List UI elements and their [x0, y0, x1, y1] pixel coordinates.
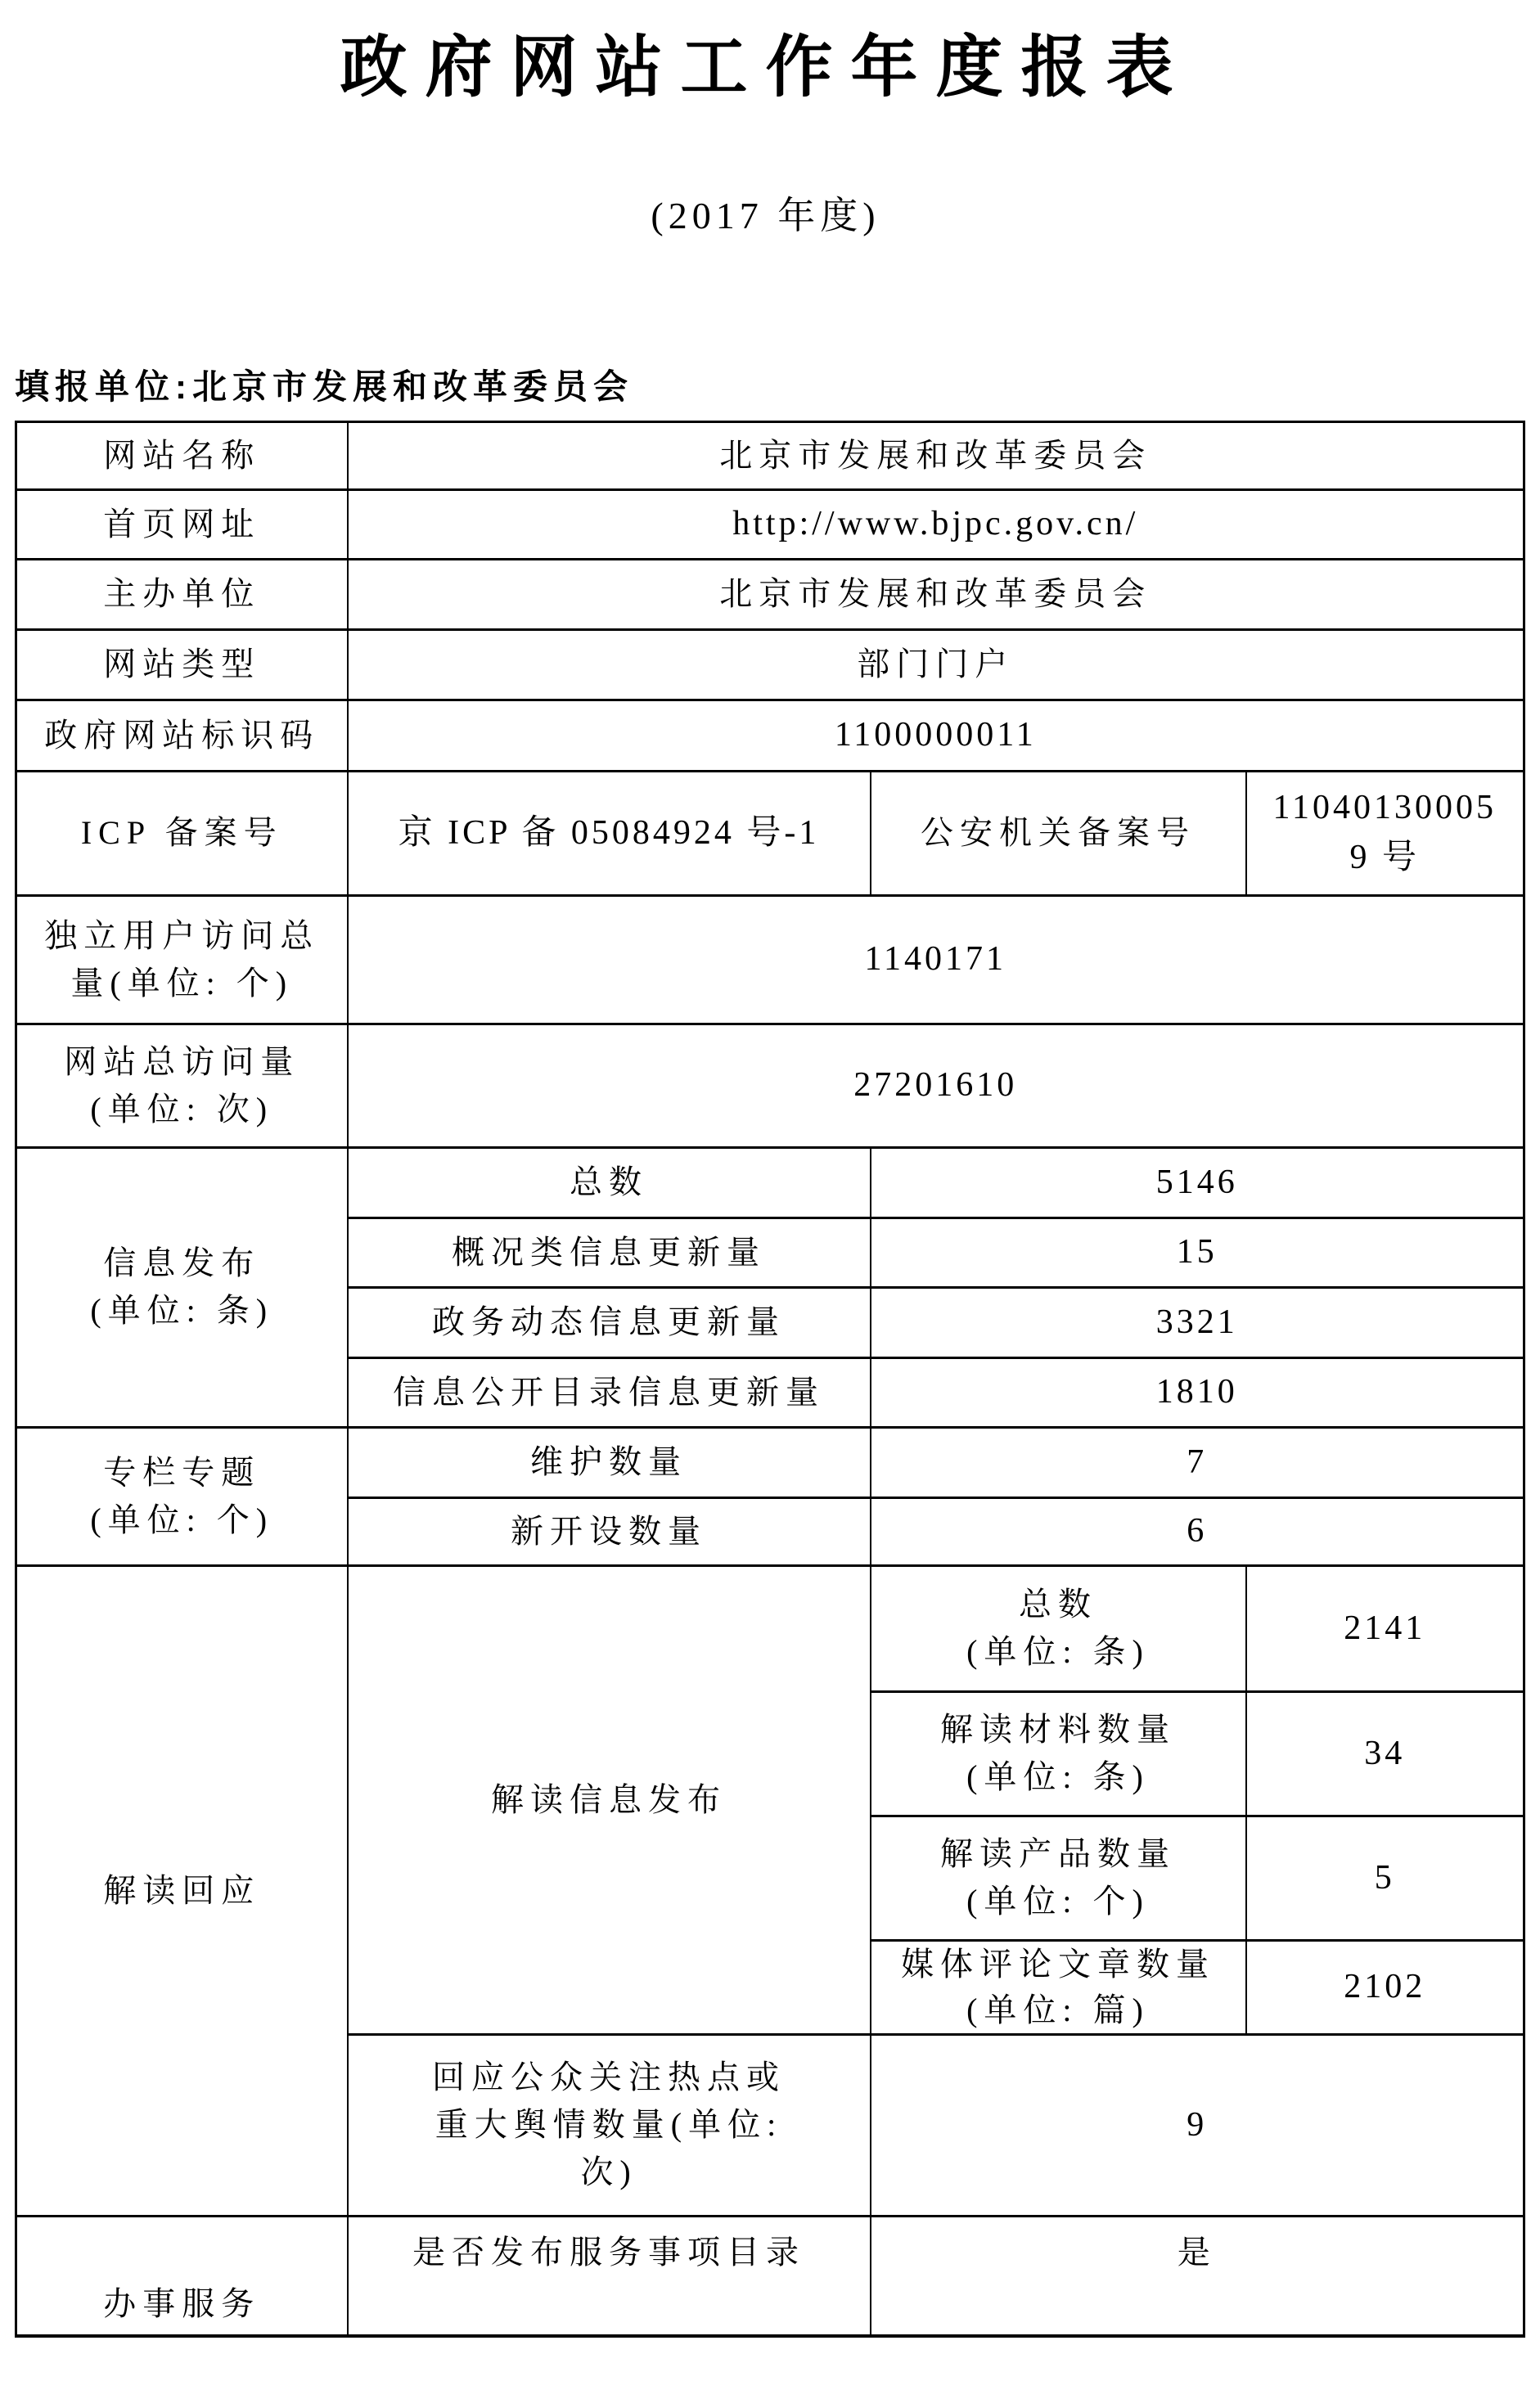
- service-group-label: 办事服务: [16, 2216, 348, 2336]
- row-site-id-code: 政府网站标识码 1100000011: [16, 700, 1524, 771]
- row-interpret-total: 解读回应 解读信息发布 总数 (单位: 条) 2141: [16, 1565, 1524, 1691]
- info-publish-total-value: 5146: [871, 1147, 1524, 1218]
- info-publish-overview-value: 15: [871, 1218, 1524, 1287]
- home-url-label: 首页网址: [16, 489, 348, 559]
- row-home-url: 首页网址 http://www.bjpc.gov.cn/: [16, 489, 1524, 559]
- columns-maintained-value: 7: [871, 1427, 1524, 1497]
- interpret-media-value: 2102: [1246, 1940, 1524, 2034]
- total-visits-value: 27201610: [348, 1024, 1524, 1147]
- interpret-response-group-label: 解读回应: [16, 1565, 348, 2216]
- row-service-catalog: 办事服务 是否发布服务事项目录 是: [16, 2216, 1524, 2336]
- row-icp: ICP 备案号 京 ICP 备 05084924 号-1 公安机关备案号 110…: [16, 771, 1524, 895]
- row-site-type: 网站类型 部门门户: [16, 629, 1524, 700]
- interpret-materials-value: 34: [1246, 1691, 1524, 1816]
- site-type-value: 部门门户: [348, 629, 1524, 700]
- info-publish-dynamic-label: 政务动态信息更新量: [348, 1287, 871, 1357]
- interpret-total-label: 总数 (单位: 条): [871, 1565, 1246, 1691]
- total-visits-label: 网站总访问量 (单位: 次): [16, 1024, 348, 1147]
- row-info-publish-total: 信息发布 (单位: 条) 总数 5146: [16, 1147, 1524, 1218]
- annual-report-table: 网站名称 北京市发展和改革委员会 首页网址 http://www.bjpc.go…: [15, 421, 1525, 2338]
- columns-new-label: 新开设数量: [348, 1497, 871, 1565]
- organizer-label: 主办单位: [16, 559, 348, 629]
- info-publish-catalog-value: 1810: [871, 1357, 1524, 1427]
- hot-topics-label: 回应公众关注热点或 重大舆情数量(单位: 次): [348, 2034, 871, 2216]
- unique-visitors-label: 独立用户访问总 量(单位: 个): [16, 895, 348, 1024]
- interpret-publish-label: 解读信息发布: [348, 1565, 871, 2034]
- site-id-code-value: 1100000011: [348, 700, 1524, 771]
- row-columns-maintained: 专栏专题 (单位: 个) 维护数量 7: [16, 1427, 1524, 1497]
- interpret-total-value: 2141: [1246, 1565, 1524, 1691]
- info-publish-total-label: 总数: [348, 1147, 871, 1218]
- hot-topics-value: 9: [871, 2034, 1524, 2216]
- interpret-media-label: 媒体评论文章数量 (单位: 篇): [871, 1940, 1246, 2034]
- info-publish-overview-label: 概况类信息更新量: [348, 1218, 871, 1287]
- special-columns-group-label: 专栏专题 (单位: 个): [16, 1427, 348, 1565]
- row-site-name: 网站名称 北京市发展和改革委员会: [16, 421, 1524, 489]
- info-publish-catalog-label: 信息公开目录信息更新量: [348, 1357, 871, 1427]
- site-name-value: 北京市发展和改革委员会: [348, 421, 1524, 489]
- interpret-products-value: 5: [1246, 1816, 1524, 1940]
- info-publish-dynamic-value: 3321: [871, 1287, 1524, 1357]
- row-organizer: 主办单位 北京市发展和改革委员会: [16, 559, 1524, 629]
- police-record-value: 11040130005 9 号: [1246, 771, 1524, 895]
- page-title: 政府网站工作年度报表: [0, 31, 1531, 105]
- home-url-value: http://www.bjpc.gov.cn/: [348, 489, 1524, 559]
- columns-maintained-label: 维护数量: [348, 1427, 871, 1497]
- icp-value: 京 ICP 备 05084924 号-1: [348, 771, 871, 895]
- row-unique-visitors: 独立用户访问总 量(单位: 个) 1140171: [16, 895, 1524, 1024]
- site-name-label: 网站名称: [16, 421, 348, 489]
- info-publish-group-label: 信息发布 (单位: 条): [16, 1147, 348, 1427]
- service-catalog-value: 是: [871, 2216, 1524, 2336]
- site-id-code-label: 政府网站标识码: [16, 700, 348, 771]
- interpret-products-label: 解读产品数量 (单位: 个): [871, 1816, 1246, 1940]
- unique-visitors-value: 1140171: [348, 895, 1524, 1024]
- page-subtitle: (2017 年度): [0, 193, 1531, 238]
- site-type-label: 网站类型: [16, 629, 348, 700]
- document-page: { "colors": {"background": "#ffffff", "t…: [0, 0, 1531, 2408]
- icp-label: ICP 备案号: [16, 771, 348, 895]
- columns-new-value: 6: [871, 1497, 1524, 1565]
- reporting-unit-line: 填报单位:北京市发展和改革委员会: [15, 367, 1531, 407]
- row-total-visits: 网站总访问量 (单位: 次) 27201610: [16, 1024, 1524, 1147]
- organizer-value: 北京市发展和改革委员会: [348, 559, 1524, 629]
- police-record-label: 公安机关备案号: [871, 771, 1246, 895]
- service-catalog-label: 是否发布服务事项目录: [348, 2216, 871, 2336]
- interpret-materials-label: 解读材料数量 (单位: 条): [871, 1691, 1246, 1816]
